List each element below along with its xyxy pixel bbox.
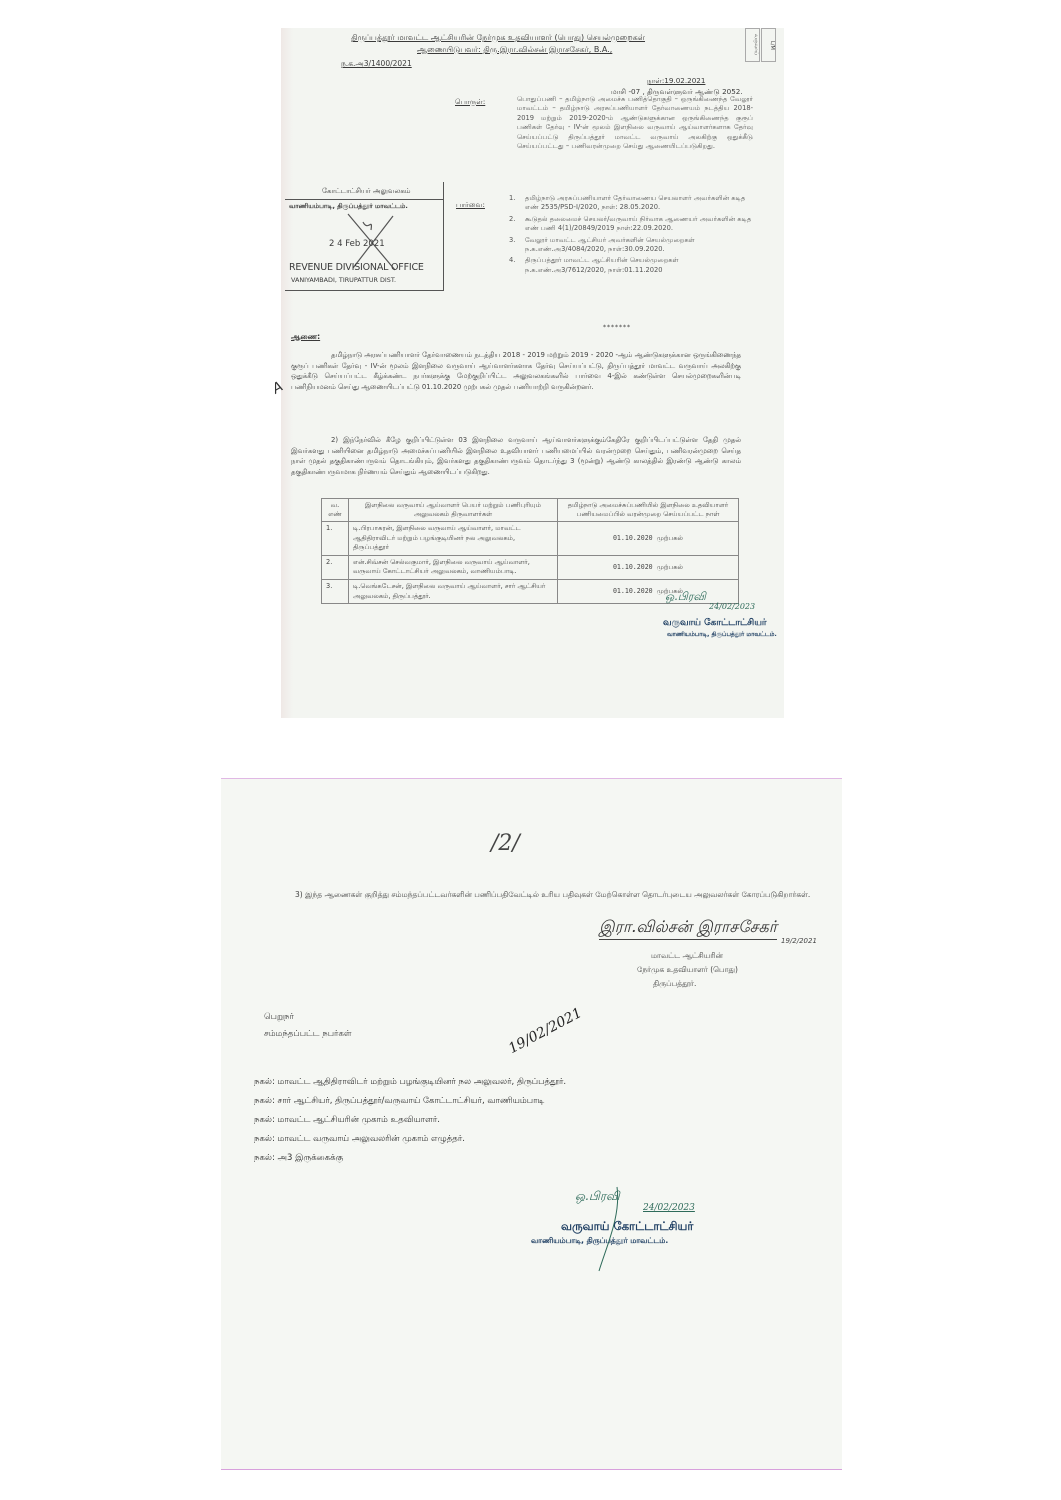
- regularization-table: வ. எண் இளநிலை வருவாய் ஆய்வாளர் பெயர் மற்…: [321, 498, 739, 604]
- signatory-title-2: நேர்முக உதவியாளர் (பொது): [637, 965, 738, 975]
- table-header-row: வ. எண் இளநிலை வருவாய் ஆய்வாளர் பெயர் மற்…: [322, 499, 739, 522]
- side-tab: வருவாய்: [745, 28, 760, 62]
- stamp-office-name: கோட்டாட்சியர் அலுவலகம்: [322, 187, 410, 196]
- reference-item: 1.தமிழ்நாடு அரசுப்பணியாளர் தேர்வாணைய செய…: [509, 194, 759, 213]
- references-list: 1.தமிழ்நாடு அரசுப்பணியாளர் தேர்வாணைய செய…: [509, 194, 759, 277]
- office-received-stamp: கோட்டாட்சியர் அலுவலகம் வாணியம்பாடி, திரு…: [285, 182, 444, 291]
- copy-item: நகல்: மாவட்ட ஆட்சியரின் முகாம் உதவியாளர்…: [254, 1111, 566, 1130]
- recipients-label: பெறுநர்: [264, 1009, 352, 1026]
- attestation-signature: ஒ.பிரவி: [665, 590, 706, 605]
- side-tab: L/M: [761, 28, 776, 62]
- table-row: 1. டி.பிரபாகரன், இளநிலை வருவாய் ஆய்வாளர்…: [322, 522, 739, 556]
- table-row: 2. என்.சிவ்சன் செல்வகுமார், இளநிலை வருவா…: [322, 555, 739, 579]
- recipients: சம்மந்தப்பட்ட நபர்கள்: [264, 1026, 352, 1043]
- attestation-title: வருவாய் கோட்டாட்சியர்: [561, 1219, 693, 1235]
- signatory-block: இரா.வில்சன் இராசசேகர் 19/2/2021 மாவட்ட ஆ…: [599, 917, 829, 940]
- signatory-title-1: மாவட்ட ஆட்சியரின்: [651, 951, 723, 961]
- attestation-place: வாணியம்பாடி, திருப்பத்தூர் மாவட்டம்.: [667, 631, 777, 639]
- reference-item: 3.வேலூர் மாவட்ட ஆட்சியர் அவர்களின் செயல்…: [509, 236, 759, 255]
- attestation-title: வருவாய் கோட்டாட்சியர்: [663, 618, 767, 629]
- subject-label: பொருள்:: [455, 97, 485, 107]
- attestation-date: 24/02/2023: [709, 602, 755, 611]
- scanned-page-2: /2/ 3) இந்த ஆணைகள் குறித்து சம்மந்தப்பட்…: [221, 778, 842, 1470]
- subject-text: பொதுப்பணி – தமிழ்நாடு அமைச்சு பணித்தொகுத…: [517, 95, 753, 151]
- copy-item: நகல்: மாவட்ட வருவாய் அலுவலரின் முகாம் எழ…: [254, 1130, 566, 1149]
- attestation-place: வாணியம்பாடி, திருப்பத்தூர் மாவட்டம்.: [531, 1236, 668, 1246]
- attestation-seal-page2: ஒ.பிரவி 24/02/2023 வருவாய் கோட்டாட்சியர்…: [529, 1189, 729, 1269]
- issuer-header: திருப்பத்தூர் மாவட்ட ஆட்சியரின் நேர்முக …: [351, 33, 645, 43]
- issuing-officer: ஆணையிடுபவர்: திரு.இரா.வில்சன் இராசசேகர்,…: [417, 45, 612, 55]
- signatory-place: திருப்பத்தூர்.: [653, 979, 696, 989]
- reference-item: 2.கூடுதல் தலைமைச் செயலர்/வருவாய் நிர்வாக…: [509, 215, 759, 234]
- col-header-date: தமிழ்நாடு அமைச்சுப்பணியில் இளநிலை உதவியா…: [558, 499, 739, 522]
- order-paragraph-1: தமிழ்நாடு அரசுப்பணியாளர் தேர்வாணையம் நடத…: [291, 350, 741, 392]
- page-number: /2/: [491, 831, 520, 856]
- signatory-signature: இரா.வில்சன் இராசசேகர்: [599, 917, 777, 940]
- attestation-date: 24/02/2023: [643, 1203, 695, 1213]
- references-label: பார்வை:: [456, 200, 485, 210]
- side-tabs: வருவாய் L/M: [740, 28, 776, 62]
- reference-number: ந.க.அ3/1400/2021: [341, 59, 412, 69]
- attestation-signature: ஒ.பிரவி: [575, 1189, 620, 1205]
- copy-item: நகல்: சார் ஆட்சியர், திருப்பத்தூர்/வருவா…: [254, 1092, 566, 1111]
- signatory-date: 19/2/2021: [781, 937, 817, 945]
- order-paragraph-3: 3) இந்த ஆணைகள் குறித்து சம்மந்தப்பட்டவர்…: [253, 889, 818, 900]
- col-header-name: இளநிலை வருவாய் ஆய்வாளர் பெயர் மற்றும் பண…: [349, 499, 558, 522]
- copy-item: நகல்: அ3 இருக்கைக்கு: [254, 1149, 566, 1168]
- order-date: நாள்:19.02.2021: [647, 76, 705, 86]
- copy-item: நகல்: மாவட்ட ஆதிதிராவிடர் மற்றும் பழங்கு…: [254, 1073, 566, 1092]
- separator: *******: [603, 324, 631, 331]
- recipients-block: பெறுநர் சம்மந்தப்பட்ட நபர்கள்: [264, 1009, 352, 1043]
- handwritten-annotation: A: [270, 379, 286, 398]
- handwritten-initial: 19/02/2021: [506, 1005, 585, 1057]
- copy-to-list: நகல்: மாவட்ட ஆதிதிராவிடர் மற்றும் பழங்கு…: [254, 1073, 566, 1168]
- stamp-english-place: VANIYAMBADI, TIRUPATTUR DIST.: [291, 276, 396, 284]
- col-header-serial: வ. எண்: [322, 499, 349, 522]
- stamp-date: 2 4 Feb 2021: [329, 239, 385, 249]
- reference-item: 4.திருப்பத்தூர் மாவட்ட ஆட்சியரின் செயல்ம…: [509, 256, 759, 275]
- scanned-page-1: திருப்பத்தூர் மாவட்ட ஆட்சியரின் நேர்முக …: [281, 28, 784, 718]
- stamp-office-place: வாணியம்பாடி, திருப்பத்தூர் மாவட்டம்.: [289, 202, 408, 211]
- stamp-english-office: REVENUE DIVISIONAL OFFICE: [289, 262, 424, 273]
- order-label: ஆணை:: [291, 332, 320, 342]
- attestation-seal-page1: ஒ.பிரவி 24/02/2023 வருவாய் கோட்டாட்சியர்…: [659, 590, 779, 660]
- order-paragraph-2: 2) இந்நேர்வில் கீழே குறிப்பிட்டுள்ள 03 இ…: [291, 435, 741, 477]
